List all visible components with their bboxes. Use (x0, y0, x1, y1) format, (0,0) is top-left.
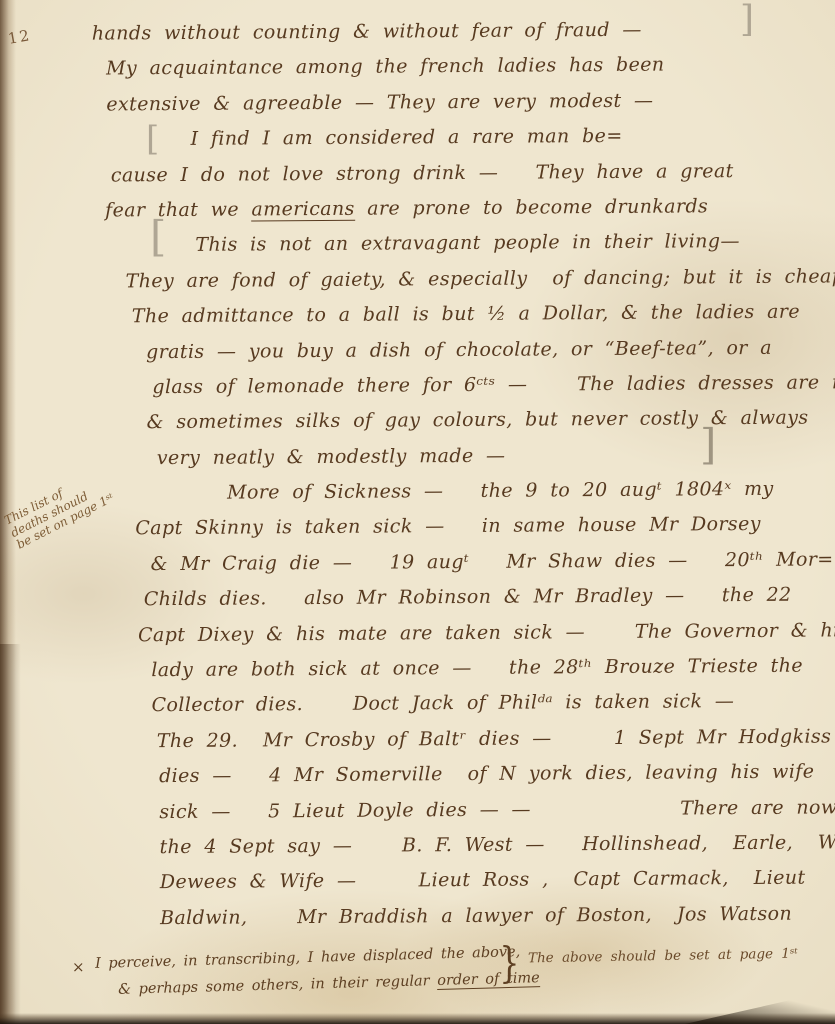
text-line: Childs dies. also Mr Robinson & Mr Bradl… (96, 584, 830, 625)
text-line: dies — 4 Mr Somerville of N york dies, l… (97, 761, 831, 802)
underlined-word: americans (251, 198, 354, 222)
manuscript-page-scan: 12 ] [ [ ] hands without counting & with… (0, 0, 835, 1024)
text-line: Collector dies. Doct Jack of Philᵈᵃ is t… (96, 690, 830, 731)
text-line: The 29. Mr Crosby of Baltʳ dies — 1 Sept… (97, 725, 831, 766)
footnote-line: & perhaps some others, in their regular … (118, 970, 540, 998)
footnote-right-note: The above should be set at page 1ˢᵗ (528, 946, 798, 967)
text-line: lady are both sick at once — the 28ᵗʰ Br… (96, 654, 830, 695)
footnote-brace: } (499, 942, 519, 984)
text-line: very neatly & modestly made — (95, 442, 829, 483)
text-line: They are fond of gaiety, & especially of… (94, 265, 828, 306)
text-line: hands without counting & without fear of… (92, 17, 826, 58)
text-line: My acquaintance among the french ladies … (92, 53, 826, 94)
text-line: gratis — you buy a dish of chocolate, or… (94, 336, 828, 377)
text-line: glass of lemonade there for 6ᶜᵗˢ — The l… (94, 371, 828, 412)
text-line: sick — 5 Lieut Doyle dies — — There are … (97, 796, 831, 837)
underlined-phrase: order of time (437, 970, 540, 990)
text-line: cause I do not love strong drink — They … (93, 159, 827, 200)
text-line: Capt Skinny is taken sick — in same hous… (95, 513, 829, 554)
text-segment: & perhaps some others, in their regular (118, 973, 438, 998)
text-line: & Mr Craig die — 19 augᵗ Mr Shaw dies — … (96, 548, 830, 589)
text-line: Dewees & Wife — Lieut Ross , Capt Carmac… (98, 867, 832, 908)
text-line: & sometimes silks of gay colours, but ne… (95, 407, 829, 448)
text-line: the 4 Sept say — B. F. West — Hollinshea… (97, 831, 831, 872)
text-line: The admittance to a ball is but ½ a Doll… (94, 301, 828, 342)
footnote-marker: × (72, 958, 85, 976)
text-segment: fear that we (105, 198, 252, 221)
footnote-line: I perceive, in transcribing, I have disp… (95, 944, 521, 972)
text-line: I find I am considered a rare man be= (93, 124, 827, 165)
text-line: More of Sickness — the 9 to 20 augᵗ 1804… (95, 478, 829, 519)
binding-edge-shadow (0, 644, 26, 1024)
text-line: This is not an extravagant people in the… (93, 230, 827, 271)
corner-shadow (685, 990, 835, 1024)
text-line: Capt Dixey & his mate are taken sick — T… (96, 619, 830, 660)
text-segment: are prone to become drunkards (355, 195, 709, 219)
text-line: fear that we americans are prone to beco… (93, 194, 827, 235)
page-number: 12 (7, 26, 33, 48)
text-line: extensive & agreeable — They are very mo… (92, 88, 826, 129)
text-line: Baldwin, Mr Braddish a lawyer of Boston,… (98, 902, 832, 943)
manuscript-body: hands without counting & without fear of… (92, 17, 832, 942)
